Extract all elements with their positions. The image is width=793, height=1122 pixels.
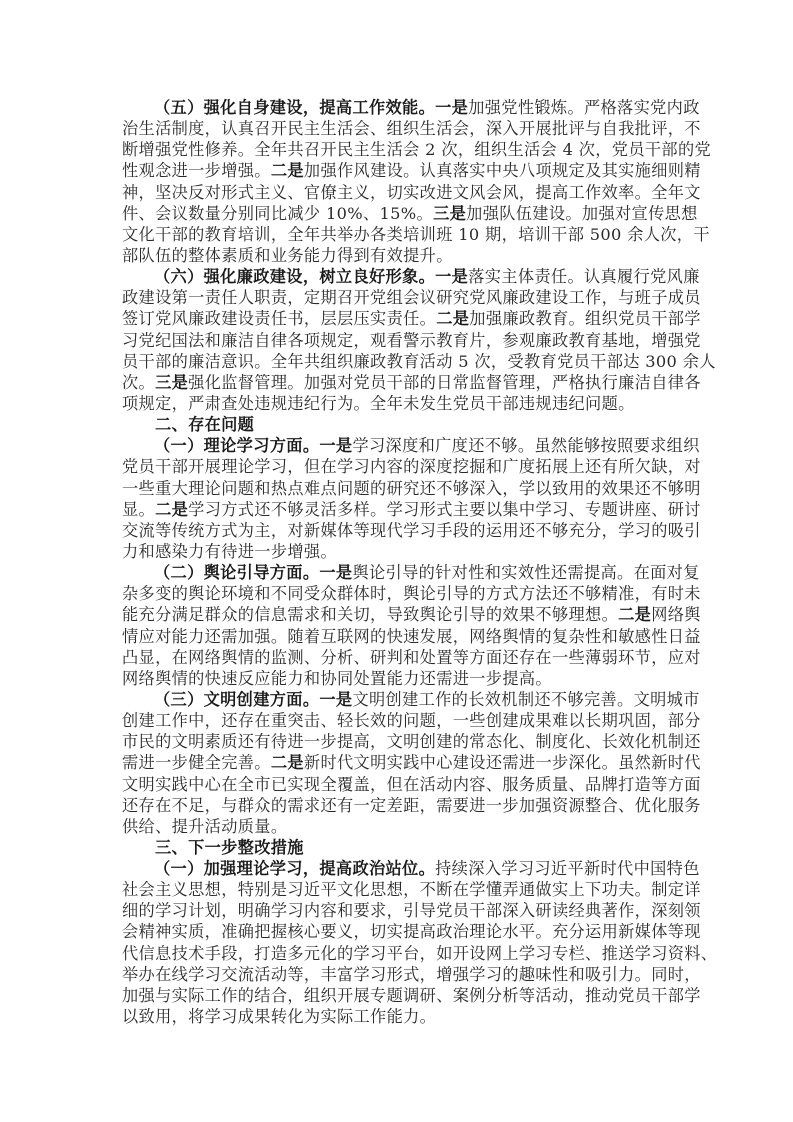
body-text: 力和感染力有待进一步增强。 bbox=[122, 542, 337, 561]
paragraph: （二）舆论引导方面。一是舆论引导的针对性和实效性还需提高。在面对复杂多变的舆论环… bbox=[122, 562, 674, 689]
bold-text: （六）强化廉政建设，树立良好形象。一是 bbox=[154, 267, 468, 286]
body-text: 文明创建工作的长效机制还不够完善。文明城市 bbox=[352, 690, 699, 709]
body-text: 部队伍的整体素质和业务能力得到有效提升。 bbox=[122, 246, 453, 265]
body-text: 神，坚决反对形式主义、官僚主义，切实改进文风会风，提高工作效率。全年文 bbox=[122, 183, 701, 202]
text-line: 三、下一步整改措施 bbox=[122, 837, 674, 858]
body-text: 性观念进一步增强。 bbox=[122, 161, 271, 180]
text-line: （二）舆论引导方面。一是舆论引导的针对性和实效性还需提高。在面对复 bbox=[122, 562, 674, 583]
text-line: 供给、提升活动质量。 bbox=[122, 816, 674, 837]
paragraph: （六）强化廉政建设，树立良好形象。一是落实主体责任。认真履行党风廉政建设第一责任… bbox=[122, 266, 674, 414]
body-text: 断增强党性修养。全年共召开民主生活会 2 次，组织生活会 4 次，党员干部的党 bbox=[122, 140, 711, 159]
body-text: 签订党风廉政建设责任书，层层压实责任。 bbox=[122, 309, 436, 328]
text-line: 代信息技术手段，打造多元化的学习平台，如开设网上学习专栏、推送学习资料、 bbox=[122, 943, 674, 964]
text-line: 创建工作中，还存在重突击、轻长效的问题，一些创建成果难以长期巩固，部分 bbox=[122, 710, 674, 731]
text-line: 性观念进一步增强。二是加强作风建设。认真落实中央八项规定及其实施细则精 bbox=[122, 160, 674, 181]
text-line: 情应对能力还需加强。随着互联网的快速发展，网络舆情的复杂性和敏感性日益 bbox=[122, 626, 674, 647]
bold-text: 三、下一步整改措施 bbox=[155, 838, 304, 857]
body-text: 供给、提升活动质量。 bbox=[122, 817, 287, 836]
text-line: 需进一步健全完善。二是新时代文明实践中心建设还需进一步深化。虽然新时代 bbox=[122, 752, 674, 773]
text-line: （一）加强理论学习，提高政治站位。持续深入学习习近平新时代中国特色 bbox=[122, 858, 674, 879]
text-line: 治生活制度，认真召开民主生活会、组织生活会，深入开展批评与自我批评，不 bbox=[122, 118, 674, 139]
body-text: 市民的文明素质还有待进一步提高，文明创建的常态化、制度化、长效化机制还 bbox=[122, 732, 701, 751]
text-line: 神，坚决反对形式主义、官僚主义，切实改进文风会风，提高工作效率。全年文 bbox=[122, 182, 674, 203]
body-text: 细的学习计划，明确学习内容和要求，引导党员干部深入研读经典著作，深刻领 bbox=[122, 901, 701, 920]
body-text: 还存在不足，与群众的需求还有一定差距，需要进一步加强资源整合、优化服务 bbox=[122, 796, 701, 815]
body-text: 学习方式还不够灵活多样。学习形式主要以集中学习、专题讲座、研讨 bbox=[188, 500, 701, 519]
text-line: 文化干部的教育培训，全年共举办各类培训班 10 期，培训干部 500 余人次，干 bbox=[122, 224, 674, 245]
body-text: 需进一步健全完善。 bbox=[122, 753, 271, 772]
body-text: 网络舆 bbox=[651, 605, 701, 624]
text-line: 杂多变的舆论环境和不同受众群体时，舆论引导的方式方法还不够精准，有时未 bbox=[122, 583, 674, 604]
body-text: 交流等传统方式为主，对新媒体等现代学习手段的运用还不够充分，学习的吸引 bbox=[122, 521, 701, 540]
bold-text: 二是 bbox=[271, 161, 304, 180]
body-text: 落实主体责任。认真履行党风廉 bbox=[468, 267, 700, 286]
text-line: 断增强党性修养。全年共召开民主生活会 2 次，组织生活会 4 次，党员干部的党 bbox=[122, 139, 674, 160]
text-line: 还存在不足，与群众的需求还有一定差距，需要进一步加强资源整合、优化服务 bbox=[122, 795, 674, 816]
text-line: 力和感染力有待进一步增强。 bbox=[122, 541, 674, 562]
text-line: 项规定，严肃查处违规违纪行为。全年未发生党员干部违规违纪问题。 bbox=[122, 393, 674, 414]
text-line: 员干部的廉洁意识。全年共组织廉政教育活动 5 次，受教育党员干部达 300 余人 bbox=[122, 351, 674, 372]
body-text: 次。 bbox=[122, 373, 155, 392]
text-line: 以致用，将学习成果转化为实际工作能力。 bbox=[122, 1006, 674, 1027]
text-line: 显。二是学习方式还不够灵活多样。学习形式主要以集中学习、专题讲座、研讨 bbox=[122, 499, 674, 520]
bold-text: （一）加强理论学习，提高政治站位。 bbox=[154, 859, 435, 878]
body-text: 举办在线学习交流活动等，丰富学习形式，增强学习的趣味性和吸引力。同时， bbox=[122, 965, 701, 984]
body-text: 政建设第一责任人职责，定期召开党组会议研究党风廉政建设工作，与班子成员 bbox=[122, 288, 701, 307]
body-text: 一些重大理论问题和热点难点问题的研究还不够深入，学以致用的效果还不够明 bbox=[122, 479, 701, 498]
bold-text: 二是 bbox=[155, 500, 188, 519]
text-line: （五）强化自身建设，提高工作效能。一是加强党性锻炼。严格落实党内政 bbox=[122, 97, 674, 118]
body-text: 网络舆情的快速反应能力和协同处置能力还需进一步提高。 bbox=[122, 669, 552, 688]
body-text: 代信息技术手段，打造多元化的学习平台，如开设网上学习专栏、推送学习资料、 bbox=[122, 944, 717, 963]
text-line: 二、存在问题 bbox=[122, 414, 674, 435]
bold-text: （二）舆论引导方面。一是 bbox=[154, 563, 352, 582]
text-line: 签订党风廉政建设责任书，层层压实责任。二是加强廉政教育。组织党员干部学 bbox=[122, 308, 674, 329]
body-text: 杂多变的舆论环境和不同受众群体时，舆论引导的方式方法还不够精准，有时未 bbox=[122, 584, 701, 603]
text-line: 社会主义思想，特别是习近平文化思想，不断在学懂弄通做实上下功夫。制定详 bbox=[122, 879, 674, 900]
body-text: 员干部的廉洁意识。全年共组织廉政教育活动 5 次，受教育党员干部达 300 余人 bbox=[122, 352, 716, 371]
body-text: 持续深入学习习近平新时代中国特色 bbox=[435, 859, 700, 878]
body-text: 件、会议数量分别同比减少 10%、15%。 bbox=[122, 204, 433, 223]
text-line: （六）强化廉政建设，树立良好形象。一是落实主体责任。认真履行党风廉 bbox=[122, 266, 674, 287]
text-line: 部队伍的整体素质和业务能力得到有效提升。 bbox=[122, 245, 674, 266]
section-heading: 三、下一步整改措施 bbox=[122, 837, 674, 858]
text-line: 凸显，在网络舆情的监测、分析、研判和处置等方面还存在一些薄弱环节，应对 bbox=[122, 647, 674, 668]
text-line: 加强与实际工作的结合，组织开展专题调研、案例分析等活动，推动党员干部学 bbox=[122, 985, 674, 1006]
body-text: 学习深度和广度还不够。虽然能够按照要求组织 bbox=[352, 436, 699, 455]
paragraph: （一）理论学习方面。一是学习深度和广度还不够。虽然能够按照要求组织党员干部开展理… bbox=[122, 435, 674, 562]
document-page: （五）强化自身建设，提高工作效能。一是加强党性锻炼。严格落实党内政治生活制度，认… bbox=[122, 97, 674, 1027]
text-line: 党员干部开展理论学习，但在学习内容的深度挖掘和广度拓展上还有所欠缺，对 bbox=[122, 456, 674, 477]
bold-text: （五）强化自身建设，提高工作效能。一是 bbox=[154, 98, 468, 117]
body-text: 加强与实际工作的结合，组织开展专题调研、案例分析等活动，推动党员干部学 bbox=[122, 986, 701, 1005]
bold-text: 二是 bbox=[436, 309, 469, 328]
text-line: 政建设第一责任人职责，定期召开党组会议研究党风廉政建设工作，与班子成员 bbox=[122, 287, 674, 308]
body-text: 项规定，严肃查处违规违纪行为。全年未发生党员干部违规违纪问题。 bbox=[122, 394, 635, 413]
body-text: 情应对能力还需加强。随着互联网的快速发展，网络舆情的复杂性和敏感性日益 bbox=[122, 627, 701, 646]
text-line: 细的学习计划，明确学习内容和要求，引导党员干部深入研读经典著作，深刻领 bbox=[122, 900, 674, 921]
body-text: 文明实践中心在全市已实现全覆盖，但在活动内容、服务质量、品牌打造等方面 bbox=[122, 775, 701, 794]
text-line: 网络舆情的快速反应能力和协同处置能力还需进一步提高。 bbox=[122, 668, 674, 689]
text-line: 习党纪国法和廉洁自律各项规定，观看警示教育片，参观廉政教育基地，增强党 bbox=[122, 330, 674, 351]
body-text: 能充分满足群众的信息需求和关切，导致舆论引导的效果不够理想。 bbox=[122, 605, 618, 624]
bold-text: （一）理论学习方面。一是 bbox=[154, 436, 352, 455]
paragraph: （三）文明创建方面。一是文明创建工作的长效机制还不够完善。文明城市创建工作中，还… bbox=[122, 689, 674, 837]
bold-text: 二是 bbox=[271, 753, 304, 772]
text-line: 一些重大理论问题和热点难点问题的研究还不够深入，学以致用的效果还不够明 bbox=[122, 478, 674, 499]
body-text: 文化干部的教育培训，全年共举办各类培训班 10 期，培训干部 500 余人次，干 bbox=[122, 225, 710, 244]
body-text: 会精神实质，准确把握核心要义，切实提高政治理论水平。充分运用新媒体等现 bbox=[122, 922, 701, 941]
body-text: 以致用，将学习成果转化为实际工作能力。 bbox=[122, 1007, 436, 1026]
body-text: 加强廉政教育。组织党员干部学 bbox=[469, 309, 701, 328]
body-text: 习党纪国法和廉洁自律各项规定，观看警示教育片，参观廉政教育基地，增强党 bbox=[122, 331, 701, 350]
section-heading: 二、存在问题 bbox=[122, 414, 674, 435]
body-text: 社会主义思想，特别是习近平文化思想，不断在学懂弄通做实上下功夫。制定详 bbox=[122, 880, 701, 899]
body-text: 加强党性锻炼。严格落实党内政 bbox=[468, 98, 700, 117]
body-text: 党员干部开展理论学习，但在学习内容的深度挖掘和广度拓展上还有所欠缺，对 bbox=[122, 457, 701, 476]
paragraph: （五）强化自身建设，提高工作效能。一是加强党性锻炼。严格落实党内政治生活制度，认… bbox=[122, 97, 674, 266]
body-text: 创建工作中，还存在重突击、轻长效的问题，一些创建成果难以长期巩固，部分 bbox=[122, 711, 701, 730]
text-line: 市民的文明素质还有待进一步提高，文明创建的常态化、制度化、长效化机制还 bbox=[122, 731, 674, 752]
text-line: 件、会议数量分别同比减少 10%、15%。三是加强队伍建设。加强对宣传思想 bbox=[122, 203, 674, 224]
bold-text: 三是 bbox=[155, 373, 188, 392]
text-line: 会精神实质，准确把握核心要义，切实提高政治理论水平。充分运用新媒体等现 bbox=[122, 921, 674, 942]
text-line: 交流等传统方式为主，对新媒体等现代学习手段的运用还不够充分，学习的吸引 bbox=[122, 520, 674, 541]
body-text: 治生活制度，认真召开民主生活会、组织生活会，深入开展批评与自我批评，不 bbox=[122, 119, 701, 138]
body-text: 强化监督管理。加强对党员干部的日常监督管理，严格执行廉洁自律各 bbox=[188, 373, 701, 392]
body-text: 舆论引导的针对性和实效性还需提高。在面对复 bbox=[352, 563, 699, 582]
text-line: 次。三是强化监督管理。加强对党员干部的日常监督管理，严格执行廉洁自律各 bbox=[122, 372, 674, 393]
bold-text: 三是 bbox=[433, 204, 466, 223]
paragraph: （一）加强理论学习，提高政治站位。持续深入学习习近平新时代中国特色社会主义思想，… bbox=[122, 858, 674, 1027]
text-line: 举办在线学习交流活动等，丰富学习形式，增强学习的趣味性和吸引力。同时， bbox=[122, 964, 674, 985]
body-text: 加强作风建设。认真落实中央八项规定及其实施细则精 bbox=[304, 161, 701, 180]
text-line: 能充分满足群众的信息需求和关切，导致舆论引导的效果不够理想。二是网络舆 bbox=[122, 604, 674, 625]
bold-text: （三）文明创建方面。一是 bbox=[154, 690, 352, 709]
text-line: （一）理论学习方面。一是学习深度和广度还不够。虽然能够按照要求组织 bbox=[122, 435, 674, 456]
bold-text: 二是 bbox=[618, 605, 651, 624]
body-text: 凸显，在网络舆情的监测、分析、研判和处置等方面还存在一些薄弱环节，应对 bbox=[122, 648, 701, 667]
body-text: 加强队伍建设。加强对宣传思想 bbox=[466, 204, 698, 223]
text-line: 文明实践中心在全市已实现全覆盖，但在活动内容、服务质量、品牌打造等方面 bbox=[122, 774, 674, 795]
body-text: 新时代文明实践中心建设还需进一步深化。虽然新时代 bbox=[304, 753, 701, 772]
text-line: （三）文明创建方面。一是文明创建工作的长效机制还不够完善。文明城市 bbox=[122, 689, 674, 710]
body-text: 显。 bbox=[122, 500, 155, 519]
bold-text: 二、存在问题 bbox=[155, 415, 254, 434]
